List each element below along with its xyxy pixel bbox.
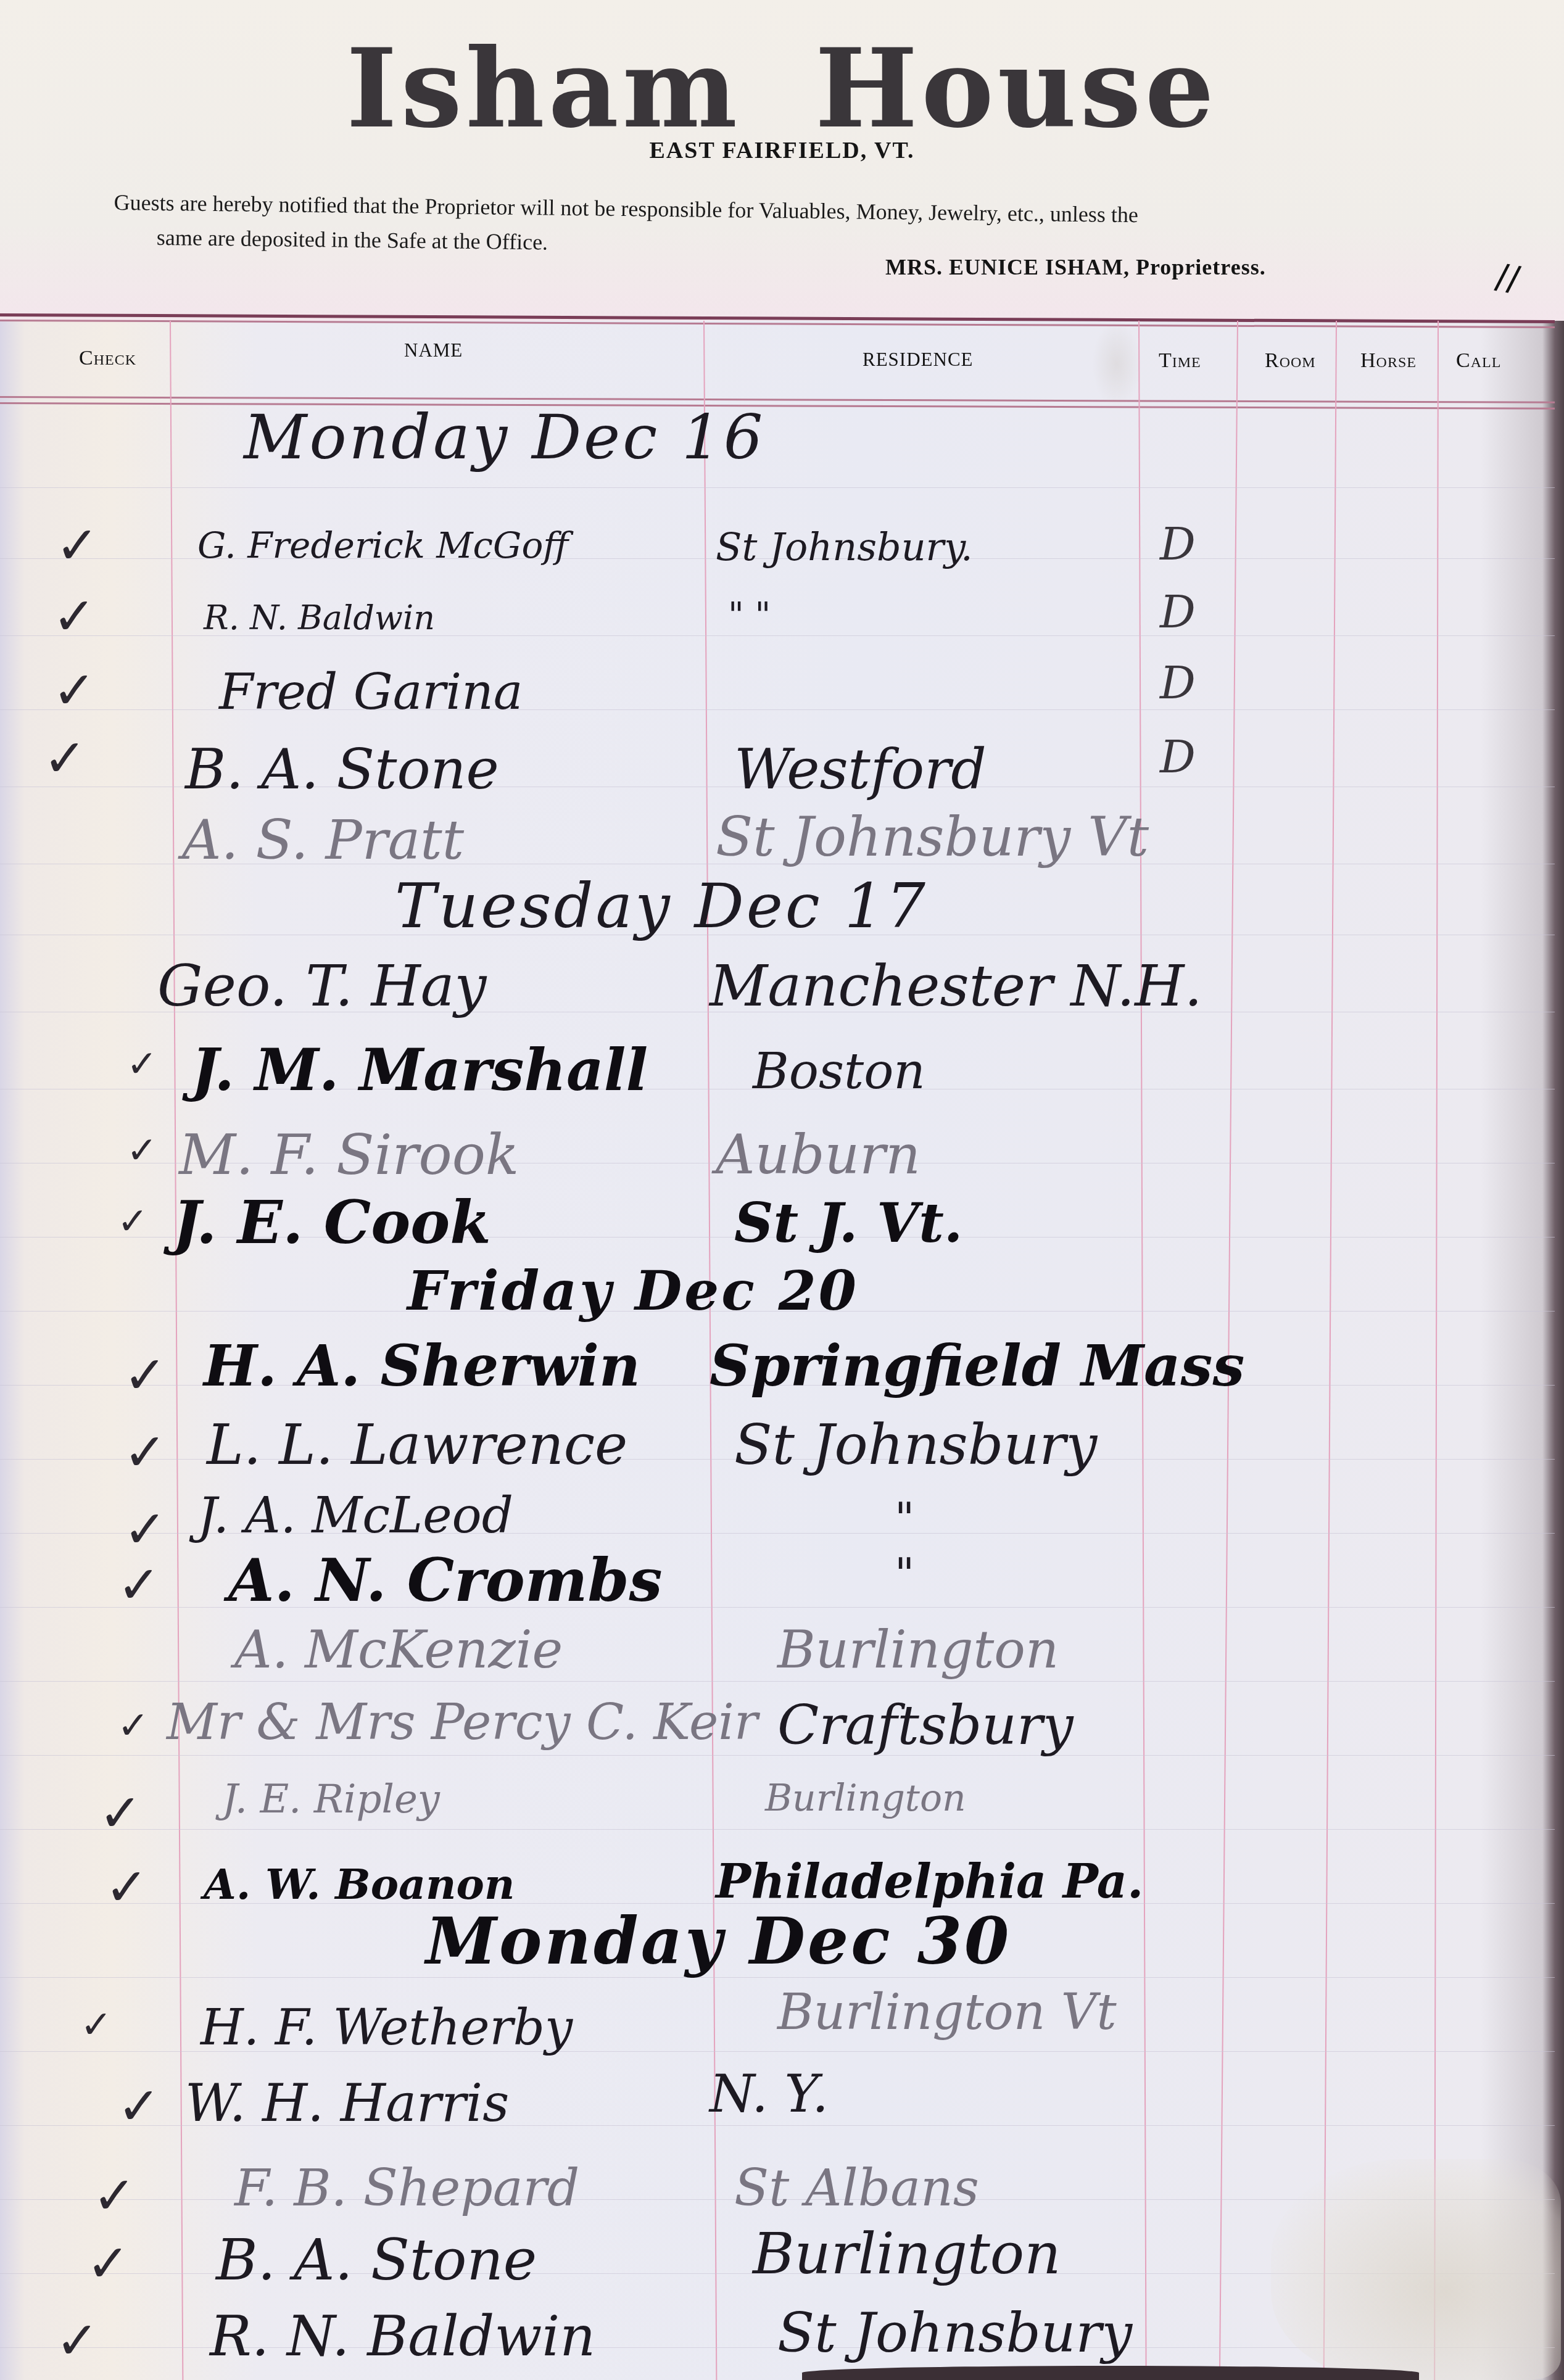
time-mark: D bbox=[1160, 731, 1196, 783]
time-mark: D bbox=[1160, 657, 1196, 709]
guest-name: L. L. Lawrence bbox=[207, 1413, 627, 1477]
check-mark: ✓ bbox=[105, 1857, 148, 1917]
check-mark: ✓ bbox=[117, 1200, 148, 1243]
guest-residence: Philadelphia Pa. bbox=[716, 1854, 1144, 1909]
check-mark: ✓ bbox=[123, 1422, 167, 1482]
guest-name: H. A. Sherwin bbox=[204, 1333, 640, 1399]
guest-residence: Burlington bbox=[765, 1777, 966, 1820]
check-mark: ✓ bbox=[126, 1043, 157, 1086]
guest-residence: St Johnsbury. bbox=[716, 524, 973, 569]
title-word-2: House bbox=[815, 25, 1218, 152]
guest-residence: St Johnsbury Vt bbox=[716, 805, 1149, 869]
guest-residence: St J. Vt. bbox=[734, 1191, 962, 1255]
line-rule bbox=[0, 487, 1555, 488]
guest-residence: Burlington bbox=[777, 1619, 1059, 1680]
guest-name: H. F. Wetherby bbox=[201, 1999, 573, 2056]
guest-name: G. Frederick McGoff bbox=[197, 524, 568, 566]
column-header-room: Room bbox=[1265, 349, 1316, 373]
column-header-time: Time bbox=[1159, 349, 1201, 373]
guest-residence: " bbox=[895, 1548, 914, 1599]
time-mark: D bbox=[1160, 586, 1196, 638]
guest-name: A. W. Boanon bbox=[204, 1860, 515, 1909]
guest-residence: Burlington bbox=[753, 2221, 1061, 2287]
guest-name: A. S. Pratt bbox=[182, 808, 464, 872]
guest-name: J. E. Cook bbox=[173, 1188, 491, 1257]
guest-residence: Craftsbury bbox=[777, 1693, 1074, 1757]
check-mark: ✓ bbox=[52, 586, 96, 647]
day-heading: Tuesday Dec 17 bbox=[395, 870, 928, 942]
guest-residence: N. Y. bbox=[710, 2064, 829, 2124]
guest-residence: Westford bbox=[734, 737, 987, 802]
guest-residence: Boston bbox=[753, 1043, 925, 1100]
guest-name: B. A. Stone bbox=[185, 737, 499, 802]
guest-name: Geo. T. Hay bbox=[157, 953, 487, 1019]
check-mark: ✓ bbox=[123, 1345, 167, 1405]
guest-residence: Burlington Vt bbox=[777, 1983, 1117, 2041]
hotel-location: EAST FAIRFIELD, VT. bbox=[0, 137, 1564, 164]
day-heading: Monday Dec 16 bbox=[244, 401, 765, 473]
title-word-1: Isham bbox=[346, 25, 741, 152]
check-mark: ✓ bbox=[93, 2165, 136, 2226]
check-mark: ✓ bbox=[43, 728, 86, 788]
guest-name: R. N. Baldwin bbox=[210, 2304, 595, 2369]
guest-residence: St Johnsbury bbox=[734, 1413, 1097, 1477]
proprietor-line: MRS. EUNICE ISHAM, Proprietress. bbox=[885, 254, 1266, 280]
check-mark: ✓ bbox=[123, 1499, 167, 1560]
guest-name: J. E. Ripley bbox=[222, 1777, 440, 1822]
guest-residence: " bbox=[895, 1493, 914, 1543]
guest-name: M. F. Sirook bbox=[179, 1123, 519, 1188]
check-mark: ✓ bbox=[80, 2002, 112, 2047]
check-mark: ✓ bbox=[99, 1783, 142, 1843]
water-damage bbox=[1271, 2159, 1561, 2380]
line-rule bbox=[0, 1681, 1555, 1682]
register-page: IshamHouse EAST FAIRFIELD, VT. Guests ar… bbox=[0, 0, 1564, 2380]
column-header-name: NAME bbox=[404, 339, 463, 362]
guest-residence: Auburn bbox=[716, 1123, 921, 1186]
header-rule-bottom bbox=[0, 396, 1555, 403]
hotel-title: IshamHouse bbox=[0, 25, 1564, 152]
guest-name: J. M. Marshall bbox=[191, 1036, 648, 1104]
guest-name: Mr & Mrs Percy C. Keir bbox=[167, 1693, 758, 1751]
check-mark: ✓ bbox=[126, 1129, 157, 1172]
guest-name: J. A. McLeod bbox=[197, 1487, 513, 1544]
check-mark: ✓ bbox=[56, 2310, 99, 2371]
column-divider-room bbox=[1323, 321, 1337, 2380]
column-header-check: Check bbox=[79, 347, 136, 370]
guest-name: F. B. Shepard bbox=[234, 2159, 579, 2218]
guest-residence: " " bbox=[728, 595, 771, 635]
header-rule-bottom-inner bbox=[0, 402, 1555, 410]
guest-name: W. H. Harris bbox=[185, 2073, 509, 2133]
check-mark: ✓ bbox=[56, 515, 99, 576]
guest-residence: Manchester N.H. bbox=[710, 953, 1202, 1019]
column-divider-check bbox=[170, 321, 183, 2380]
line-rule bbox=[0, 1829, 1555, 1830]
guest-name: Fred Garina bbox=[219, 663, 523, 721]
day-heading: Monday Dec 30 bbox=[426, 1903, 1011, 1979]
guest-name: A. N. Crombs bbox=[228, 1545, 663, 1615]
check-mark: ✓ bbox=[52, 660, 96, 721]
check-mark: ✓ bbox=[86, 2233, 130, 2294]
guest-residence: Springfield Mass bbox=[710, 1333, 1244, 1399]
column-header-call: Call bbox=[1456, 349, 1501, 373]
guest-name: A. McKenzie bbox=[234, 1619, 563, 1680]
guest-name: R. N. Baldwin bbox=[204, 598, 435, 637]
time-mark: D bbox=[1160, 518, 1196, 570]
page-edge-tear bbox=[802, 2366, 1419, 2380]
column-divider-horse bbox=[1434, 321, 1439, 2380]
check-mark: ✓ bbox=[117, 2076, 160, 2136]
guest-name: B. A. Stone bbox=[216, 2227, 537, 2293]
check-mark: ✓ bbox=[117, 1703, 149, 1748]
day-heading: Friday Dec 20 bbox=[407, 1258, 859, 1323]
column-header-horse: Horse bbox=[1360, 349, 1417, 373]
column-header-residence: RESIDENCE bbox=[863, 349, 974, 371]
paper-stain bbox=[1092, 321, 1141, 407]
guest-residence: St Johnsbury bbox=[777, 2301, 1132, 2365]
check-mark: ✓ bbox=[117, 1555, 160, 1615]
guest-residence: St Albans bbox=[734, 2159, 979, 2218]
